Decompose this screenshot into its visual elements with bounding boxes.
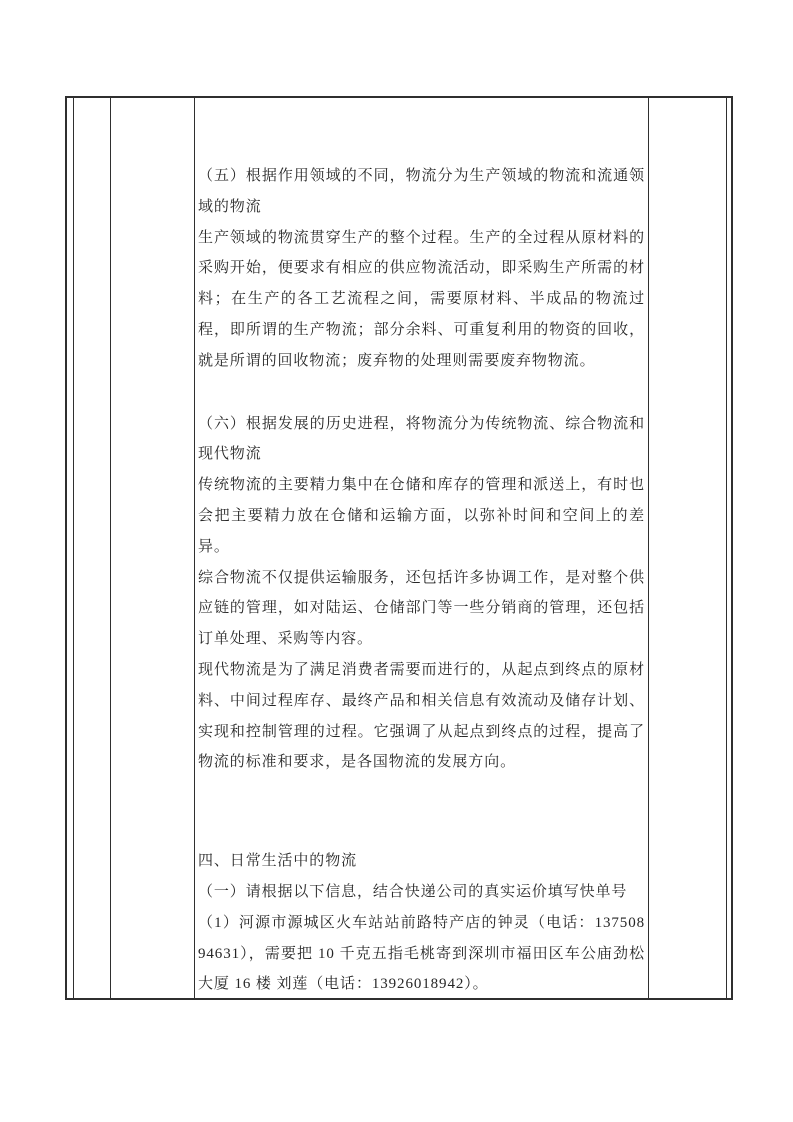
- heading-section-4-daily-logistics: 四、日常生活中的物流: [198, 846, 645, 877]
- table-column-divider: [726, 98, 727, 998]
- para-production-logistics: 生产领域的物流贯穿生产的整个过程。生产的全过程从原材料的采购开始，便要求有相应的…: [198, 223, 645, 377]
- paragraph-gap: [198, 778, 645, 846]
- main-content-cell: （五）根据作用领域的不同，物流分为生产领域的物流和流通领域的物流 生产领域的物流…: [195, 98, 648, 998]
- table-column-divider: [110, 98, 111, 998]
- document-page: （五）根据作用领域的不同，物流分为生产领域的物流和流通领域的物流 生产领域的物流…: [0, 0, 793, 1122]
- paragraph-gap: [198, 377, 645, 409]
- para-section-6-heading: （六）根据发展的历史进程，将物流分为传统物流、综合物流和现代物流: [198, 409, 645, 471]
- table-column-divider: [648, 98, 649, 998]
- content-table: （五）根据作用领域的不同，物流分为生产领域的物流和流通领域的物流 生产领域的物流…: [65, 96, 733, 1000]
- para-section-5-heading: （五）根据作用领域的不同，物流分为生产领域的物流和流通领域的物流: [198, 161, 645, 223]
- para-integrated-logistics: 综合物流不仅提供运输服务，还包括许多协调工作，是对整个供应链的管理，如对陆运、仓…: [198, 563, 645, 655]
- para-traditional-logistics: 传统物流的主要精力集中在仓储和库存的管理和派送上，有时也会把主要精力放在仓储和运…: [198, 470, 645, 562]
- para-shipping-example: （1）河源市源城区火车站站前路特产店的钟灵（电话：13750894631），需要…: [198, 908, 645, 998]
- para-modern-logistics: 现代物流是为了满足消费者需要而进行的，从起点到终点的原材料、中间过程库存、最终产…: [198, 655, 645, 778]
- para-express-instruction: （一）请根据以下信息，结合快递公司的真实运价填写快单号: [198, 877, 645, 908]
- table-column-divider: [73, 98, 74, 998]
